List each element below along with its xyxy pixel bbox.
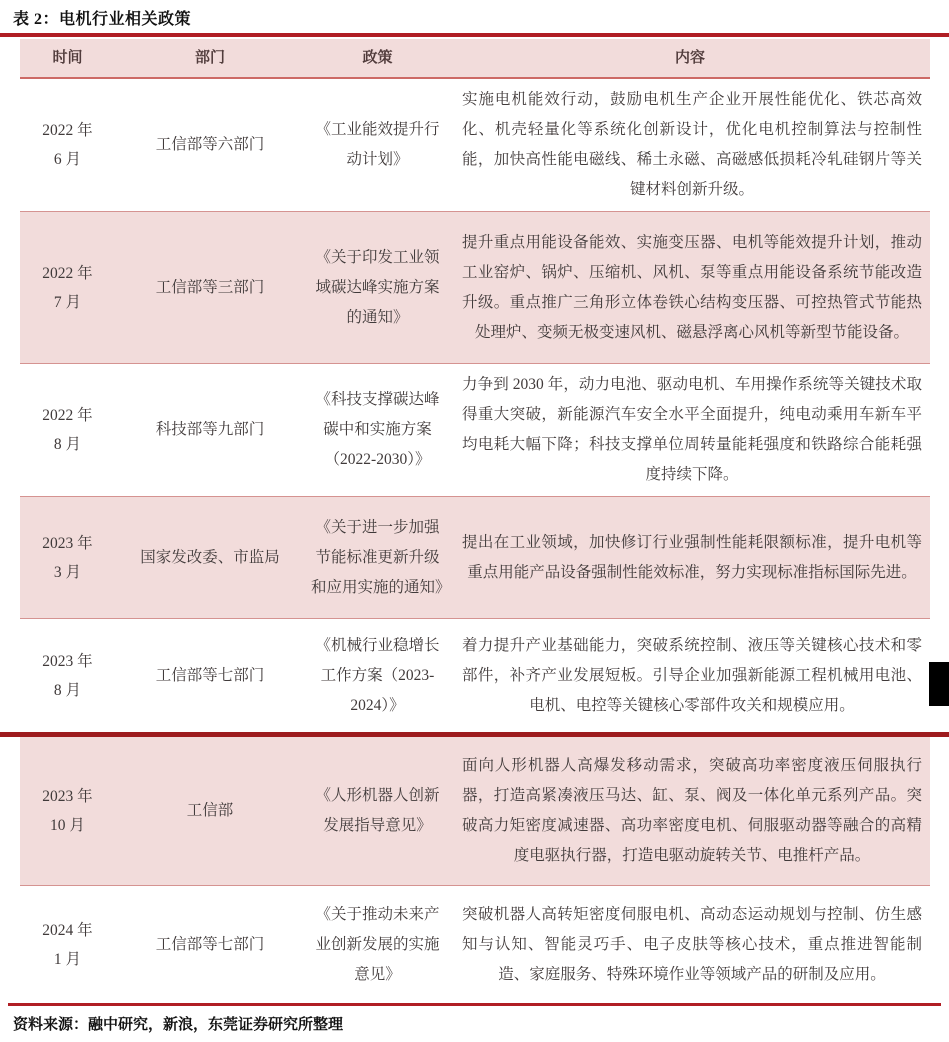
cell-time: 2023 年 8 月 <box>20 647 115 705</box>
cell-time: 2022 年 7 月 <box>20 259 115 317</box>
cell-dept: 工信部等三部门 <box>115 273 305 303</box>
cell-time: 2023 年 3 月 <box>20 529 115 587</box>
table-row: 2024 年 1 月 工信部等七部门 《关于推动未来产业创新发展的实施意见》 突… <box>20 886 930 1003</box>
cell-dept: 工信部等七部门 <box>115 930 305 960</box>
cell-time: 2024 年 1 月 <box>20 916 115 974</box>
table-row: 2023 年 3 月 国家发改委、市监局 《关于进一步加强节能标准更新升级和应用… <box>20 497 930 619</box>
cell-policy: 《关于印发工业领域碳达峰实施方案的通知》 <box>305 243 450 333</box>
cell-content: 实施电机能效行动，鼓励电机生产企业开展性能优化、铁芯高效化、机壳轻量化等系统化创… <box>450 79 930 211</box>
table-row: 2023 年 10 月 工信部 《人形机器人创新发展指导意见》 面向人形机器人高… <box>20 737 930 886</box>
cell-dept: 国家发改委、市监局 <box>115 543 305 573</box>
policy-table: 时间 部门 政策 内容 2022 年 6 月 工信部等六部门 《工业能效提升行动… <box>20 39 930 732</box>
table-header-row: 时间 部门 政策 内容 <box>20 39 930 79</box>
table-row: 2022 年 8 月 科技部等九部门 《科技支撑碳达峰碳中和实施方案（2022-… <box>20 364 930 497</box>
header-dept: 部门 <box>115 39 305 77</box>
cell-policy: 《工业能效提升行动计划》 <box>305 115 450 175</box>
cell-policy: 《关于进一步加强节能标准更新升级和应用实施的通知》 <box>305 513 450 603</box>
cell-policy: 《科技支撑碳达峰碳中和实施方案（2022-2030）》 <box>305 385 450 475</box>
header-content: 内容 <box>450 39 930 77</box>
header-time: 时间 <box>20 39 115 77</box>
cell-content: 着力提升产业基础能力，突破系统控制、液压等关键核心技术和零部件，补齐产业发展短板… <box>450 625 930 727</box>
header-policy: 政策 <box>305 39 450 77</box>
cell-dept: 工信部等七部门 <box>115 661 305 691</box>
top-rule <box>0 33 949 37</box>
cell-content: 提出在工业领域，加快修订行业强制性能耗限额标准，提升电机等重点用能产品设备强制性… <box>450 522 930 594</box>
table-row: 2022 年 6 月 工信部等六部门 《工业能效提升行动计划》 实施电机能效行动… <box>20 79 930 212</box>
cell-time: 2022 年 8 月 <box>20 401 115 459</box>
cell-content: 提升重点用能设备能效、实施变压器、电机等能效提升计划，推动工业窑炉、锅炉、压缩机… <box>450 222 930 354</box>
cell-dept: 工信部 <box>115 796 305 826</box>
cell-dept: 科技部等九部门 <box>115 415 305 445</box>
table-row: 2022 年 7 月 工信部等三部门 《关于印发工业领域碳达峰实施方案的通知》 … <box>20 212 930 364</box>
cell-content: 面向人形机器人高爆发移动需求，突破高功率密度液压伺服执行器，打造高紧凑液压马达、… <box>450 745 930 877</box>
cell-dept: 工信部等六部门 <box>115 130 305 160</box>
policy-table-continued: 2023 年 10 月 工信部 《人形机器人创新发展指导意见》 面向人形机器人高… <box>20 737 930 1003</box>
cell-policy: 《关于推动未来产业创新发展的实施意见》 <box>305 900 450 990</box>
table-title: 表 2：电机行业相关政策 <box>0 0 949 33</box>
black-overlay <box>929 662 949 706</box>
table-row: 2023 年 8 月 工信部等七部门 《机械行业稳增长工作方案（2023-202… <box>20 619 930 732</box>
source-note: 资料来源：融中研究，新浪，东莞证券研究所整理 <box>0 1006 949 1042</box>
cell-content: 力争到 2030 年，动力电池、驱动电机、车用操作系统等关键技术取得重大突破，新… <box>450 364 930 496</box>
cell-content: 突破机器人高转矩密度伺服电机、高动态运动规划与控制、仿生感知与认知、智能灵巧手、… <box>450 894 930 996</box>
cell-time: 2023 年 10 月 <box>20 782 115 840</box>
cell-policy: 《机械行业稳增长工作方案（2023-2024）》 <box>305 631 450 721</box>
cell-time: 2022 年 6 月 <box>20 116 115 174</box>
cell-policy: 《人形机器人创新发展指导意见》 <box>305 781 450 841</box>
